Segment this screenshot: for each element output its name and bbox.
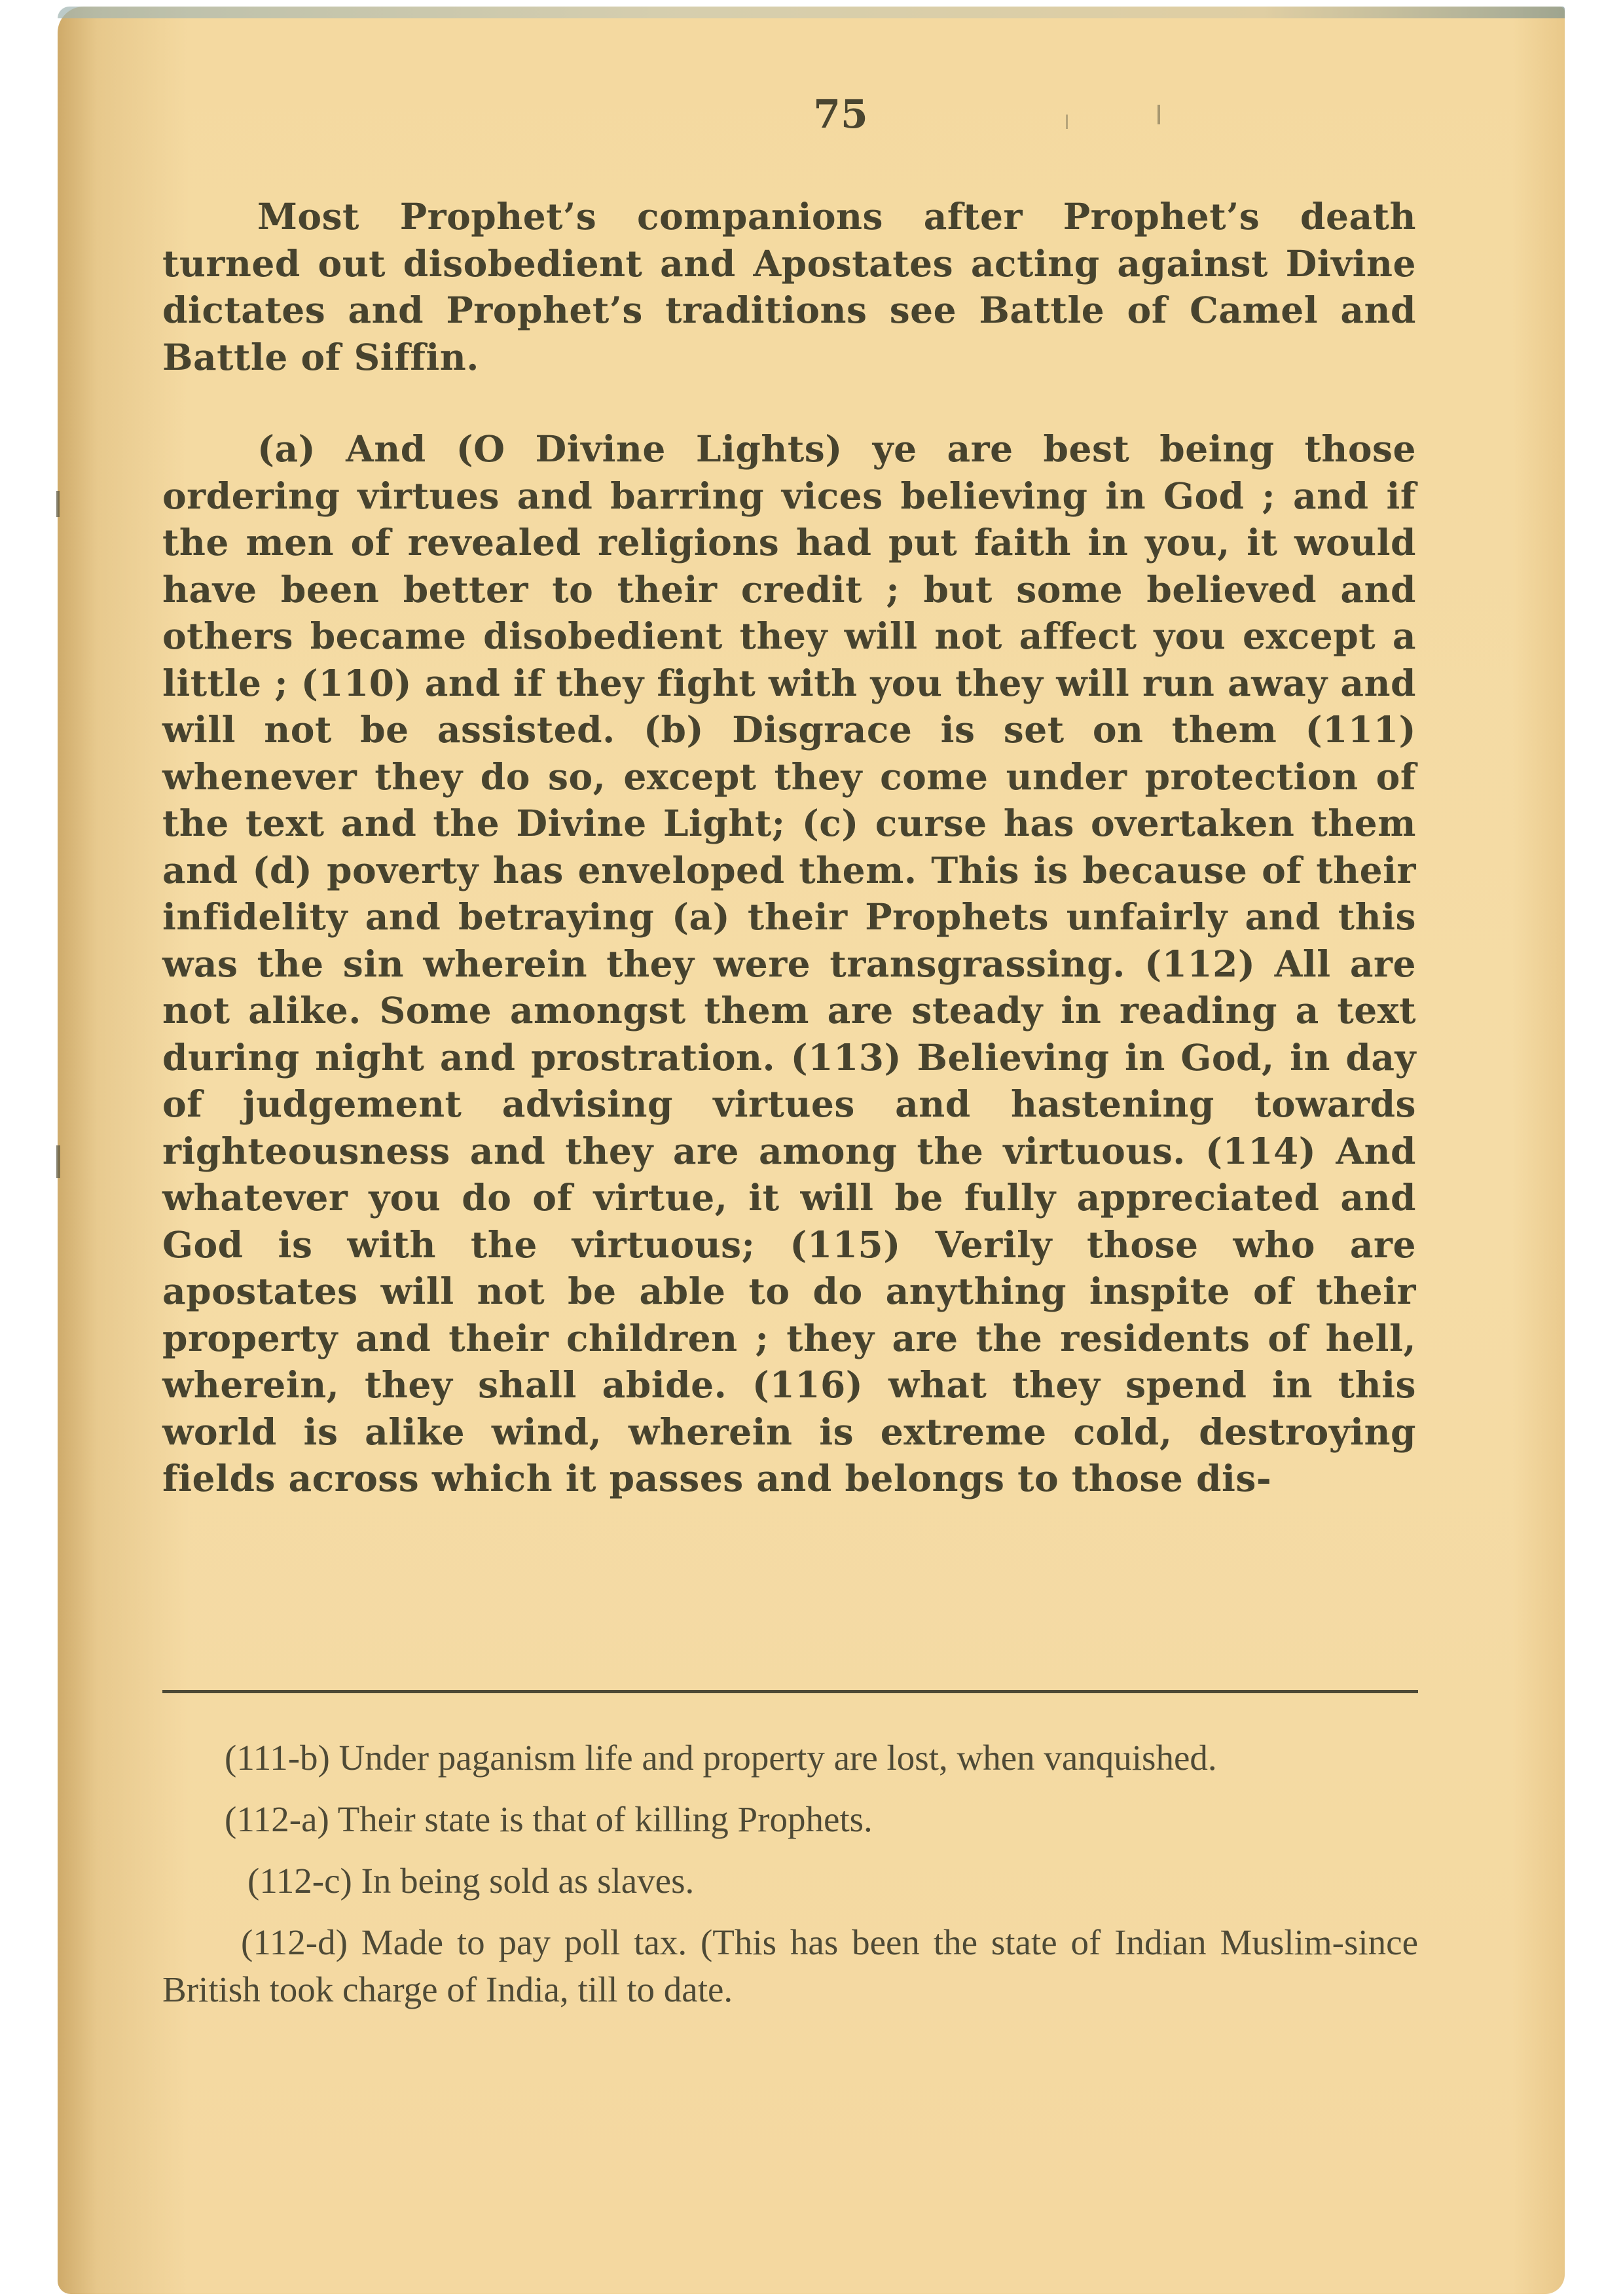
scan-speck-mark	[1158, 105, 1160, 124]
binding-mark-left	[56, 491, 60, 517]
scan-speck-mark	[1066, 115, 1068, 129]
body-paragraph: (a) And (O Divine Lights) ye are best be…	[162, 425, 1416, 1502]
page-top-edge	[58, 7, 1565, 18]
binding-mark-left	[56, 1145, 60, 1178]
footnote-112-d: (112-d) Made to pay poll tax. (This has …	[162, 1919, 1418, 2013]
body-paragraph-2-block: (a) And (O Divine Lights) ye are best be…	[162, 425, 1416, 1502]
footnote-111-b: (111-b) Under paganism life and property…	[162, 1734, 1418, 1782]
body-paragraph-1-block: Most Prophet’s companions after Prophet’…	[162, 193, 1416, 380]
scanned-book-page: 75 Most Prophet’s companions after Proph…	[58, 7, 1565, 2294]
body-paragraph: Most Prophet’s companions after Prophet’…	[162, 193, 1416, 380]
footnote-divider	[162, 1690, 1418, 1693]
footnotes-section: (111-b) Under paganism life and property…	[162, 1734, 1418, 2028]
footnote-112-a: (112-a) Their state is that of killing P…	[162, 1796, 1418, 1843]
footnote-112-c: (112-c) In being sold as slaves.	[162, 1857, 1418, 1905]
page-number: 75	[58, 92, 1565, 137]
